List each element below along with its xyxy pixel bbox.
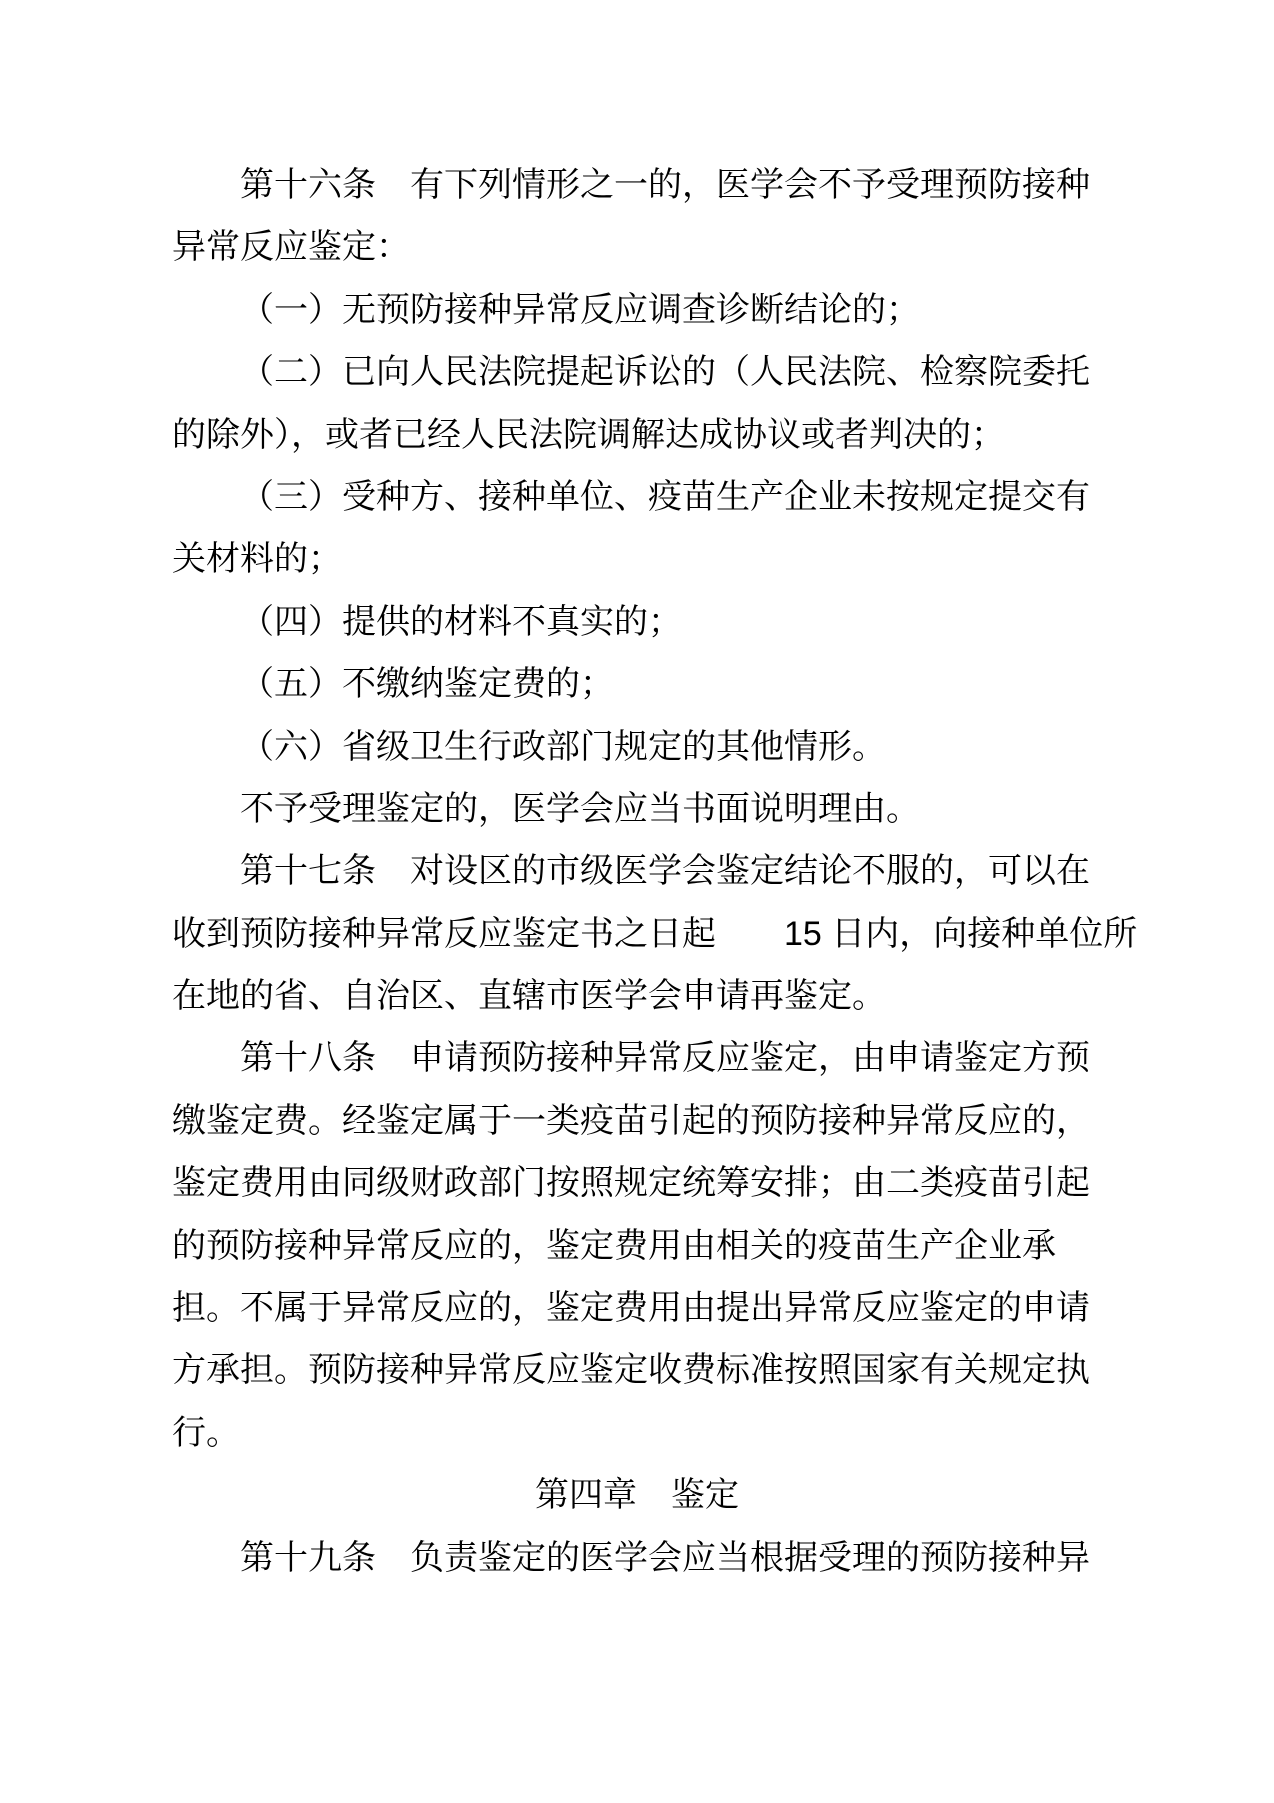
document-body: 第十六条 有下列情形之一的，医学会不予受理预防接种异常反应鉴定：（一）无预防接种…: [172, 154, 1102, 1589]
text-line: （四）提供的材料不真实的；: [172, 591, 1102, 653]
text-line: 第十八条 申请预防接种异常反应鉴定，由申请鉴定方预: [172, 1027, 1102, 1089]
text-line: 的除外），或者已经人民法院调解达成协议或者判决的；: [172, 404, 1102, 466]
text-line: 第四章 鉴定: [172, 1464, 1102, 1526]
text-line: 担。不属于异常反应的，鉴定费用由提出异常反应鉴定的申请: [172, 1277, 1102, 1339]
text-line: 缴鉴定费。经鉴定属于一类疫苗引起的预防接种异常反应的，: [172, 1090, 1102, 1152]
text-line: 不予受理鉴定的，医学会应当书面说明理由。: [172, 778, 1102, 840]
text-line: 异常反应鉴定：: [172, 216, 1102, 278]
text-line: 收到预防接种异常反应鉴定书之日起 15 日内，向接种单位所: [172, 903, 1102, 965]
text-line: 行。: [172, 1402, 1102, 1464]
text-line: （五）不缴纳鉴定费的；: [172, 653, 1102, 715]
document-page: 第十六条 有下列情形之一的，医学会不予受理预防接种异常反应鉴定：（一）无预防接种…: [0, 0, 1274, 1803]
text-line: 方承担。预防接种异常反应鉴定收费标准按照国家有关规定执: [172, 1339, 1102, 1401]
text-line: 第十六条 有下列情形之一的，医学会不予受理预防接种: [172, 154, 1102, 216]
text-line: 鉴定费用由同级财政部门按照规定统筹安排；由二类疫苗引起: [172, 1152, 1102, 1214]
text-line: 的预防接种异常反应的，鉴定费用由相关的疫苗生产企业承: [172, 1215, 1102, 1277]
text-line: （一）无预防接种异常反应调查诊断结论的；: [172, 279, 1102, 341]
text-line: （三）受种方、接种单位、疫苗生产企业未按规定提交有: [172, 466, 1102, 528]
text-line: 第十九条 负责鉴定的医学会应当根据受理的预防接种异: [172, 1527, 1102, 1589]
text-line: 在地的省、自治区、直辖市医学会申请再鉴定。: [172, 965, 1102, 1027]
text-line: 第十七条 对设区的市级医学会鉴定结论不服的，可以在: [172, 840, 1102, 902]
text-line: 关材料的；: [172, 528, 1102, 590]
text-line: （二）已向人民法院提起诉讼的（人民法院、检察院委托: [172, 341, 1102, 403]
text-line: （六）省级卫生行政部门规定的其他情形。: [172, 716, 1102, 778]
